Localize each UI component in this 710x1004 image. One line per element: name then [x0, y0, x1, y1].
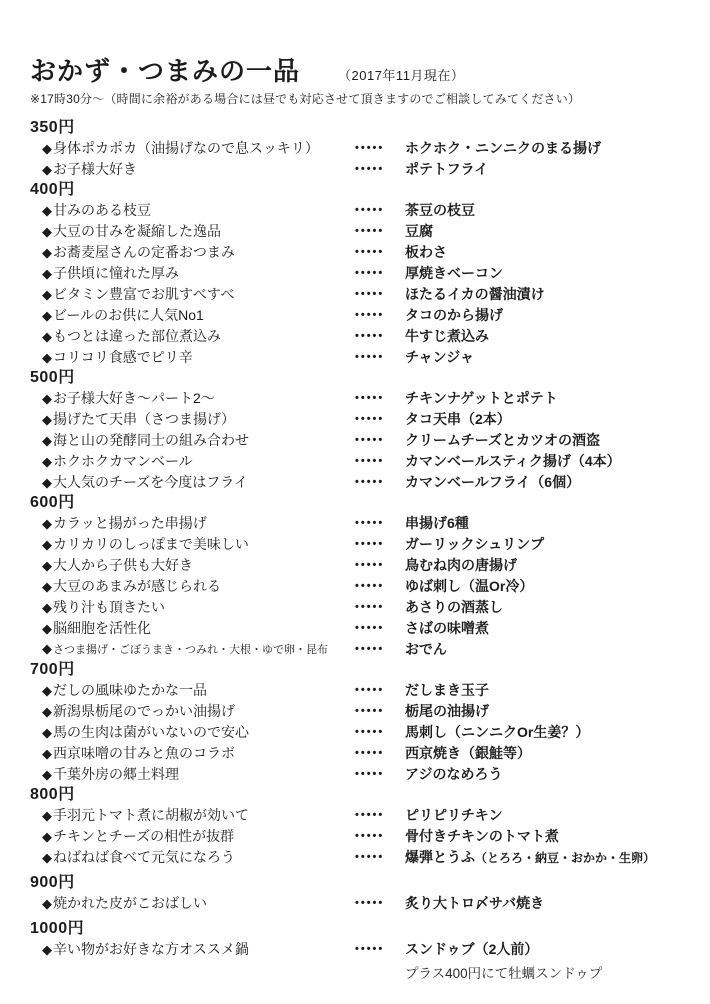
menu-item-row: ◆身体ポカポカ（油揚げなので息スッキリ） ••••• ホクホク・ニンニクのまる揚…	[30, 138, 692, 159]
item-description: もつとは違った部位煮込み	[53, 328, 221, 344]
item-name: 茶豆の枝豆	[405, 200, 692, 221]
price-header: 800円	[30, 785, 692, 805]
menu-list: 350円 ◆身体ポカポカ（油揚げなので息スッキリ） ••••• ホクホク・ニンニ…	[30, 118, 692, 984]
item-description: 甘みのある枝豆	[53, 202, 151, 218]
menu-item-row: ◆揚げたて天串（さつま揚げ） ••••• タコ天串（2本）	[30, 409, 692, 430]
section-900yen: 900円 ◆焼かれた皮がこおばしい ••••• 炙り大トロ〆サバ焼き	[30, 873, 692, 914]
item-name: ほたるイカの醤油漬け	[405, 284, 692, 305]
item-description: 手羽元トマト煮に胡椒が効いて	[53, 807, 249, 823]
price-header: 900円	[30, 873, 692, 893]
menu-item-row: ◆焼かれた皮がこおばしい ••••• 炙り大トロ〆サバ焼き	[30, 893, 692, 914]
item-name: あさりの酒蒸し	[405, 597, 692, 618]
dots-separator: •••••	[355, 555, 405, 576]
diamond-bullet-icon: ◆	[42, 704, 52, 719]
section-350yen: 350円 ◆身体ポカポカ（油揚げなので息スッキリ） ••••• ホクホク・ニンニ…	[30, 118, 692, 180]
diamond-bullet-icon: ◆	[42, 329, 52, 344]
item-extra-note: プラス400円にて牡蠣スンドゥプ	[405, 964, 692, 984]
dots-separator: •••••	[355, 388, 405, 409]
menu-item-row: ◆ビタミン豊富でお肌すべすべ ••••• ほたるイカの醤油漬け	[30, 284, 692, 305]
item-description: 焼かれた皮がこおばしい	[53, 895, 207, 911]
menu-item-row: ◆千葉外房の郷土料理 ••••• アジのなめろう	[30, 764, 692, 785]
item-description: 大人から子供も大好き	[53, 557, 193, 573]
item-description: 千葉外房の郷土料理	[53, 766, 179, 782]
menu-item-row: ◆お子様大好き～パート2～ ••••• チキンナゲットとポテト	[30, 388, 692, 409]
item-name: 串揚げ6種	[405, 513, 692, 534]
section-1000yen: 1000円 ◆辛い物がお好きな方オススメ鍋 ••••• スンドゥブ（2人前） プ…	[30, 919, 692, 984]
item-description: チキンとチーズの相性が抜群	[53, 828, 234, 844]
item-name: ピリピリチキン	[405, 805, 692, 826]
menu-item-row: ◆だしの風味ゆたかな一品 ••••• だしまき玉子	[30, 680, 692, 701]
menu-item-row: ◆辛い物がお好きな方オススメ鍋 ••••• スンドゥブ（2人前）	[30, 939, 692, 960]
dots-separator: •••••	[355, 576, 405, 597]
menu-item-row: ◆子供頃に憧れた厚み ••••• 厚焼きベーコン	[30, 263, 692, 284]
item-description: 子供頃に憧れた厚み	[53, 265, 179, 281]
diamond-bullet-icon: ◆	[42, 203, 52, 218]
item-name: ゆば刺し（温Or冷）	[405, 576, 692, 597]
dots-separator: •••••	[355, 513, 405, 534]
dots-separator: •••••	[355, 893, 405, 914]
item-description: お子様大好き～パート2～	[53, 390, 215, 406]
item-name: だしまき玉子	[405, 680, 692, 701]
dots-separator: •••••	[355, 221, 405, 242]
diamond-bullet-icon: ◆	[42, 162, 52, 177]
diamond-bullet-icon: ◆	[42, 412, 52, 427]
item-name: チキンナゲットとポテト	[405, 388, 692, 409]
date-note: （2017年11月現在）	[338, 59, 464, 84]
dots-separator: •••••	[355, 263, 405, 284]
item-description: 海と山の発酵同士の組み合わせ	[53, 432, 249, 448]
dots-separator: •••••	[355, 805, 405, 826]
dots-separator: •••••	[355, 743, 405, 764]
diamond-bullet-icon: ◆	[42, 245, 52, 260]
diamond-bullet-icon: ◆	[42, 141, 52, 156]
item-name: 骨付きチキンのトマト煮	[405, 826, 692, 847]
menu-item-row: ◆手羽元トマト煮に胡椒が効いて ••••• ピリピリチキン	[30, 805, 692, 826]
menu-item-row: ◆西京味噌の甘みと魚のコラボ ••••• 西京焼き（銀鮭等）	[30, 743, 692, 764]
diamond-bullet-icon: ◆	[42, 829, 52, 844]
dots-separator: •••••	[355, 701, 405, 722]
diamond-bullet-icon: ◆	[42, 308, 52, 323]
item-description: ホクホクカマンベール	[53, 453, 193, 469]
menu-item-row: ◆ねばねば食べて元気になろう ••••• 爆弾とうふ（とろろ・納豆・おかか・生卵…	[30, 847, 692, 868]
diamond-bullet-icon: ◆	[42, 641, 52, 656]
dots-separator: •••••	[355, 200, 405, 221]
diamond-bullet-icon: ◆	[42, 391, 52, 406]
diamond-bullet-icon: ◆	[42, 896, 52, 911]
menu-item-row: ◆カラッと揚がった串揚げ ••••• 串揚げ6種	[30, 513, 692, 534]
item-name: さばの味噌煮	[405, 618, 692, 639]
diamond-bullet-icon: ◆	[42, 746, 52, 761]
menu-item-row: ◆大人気のチーズを今度はフライ ••••• カマンベールフライ（6個）	[30, 472, 692, 493]
dots-separator: •••••	[355, 159, 405, 180]
diamond-bullet-icon: ◆	[42, 537, 52, 552]
item-name: アジのなめろう	[405, 764, 692, 785]
dots-separator: •••••	[355, 409, 405, 430]
price-header: 350円	[30, 118, 692, 138]
menu-item-row: ◆脳細胞を活性化 ••••• さばの味噌煮	[30, 618, 692, 639]
dots-separator: •••••	[355, 847, 405, 868]
item-description: 残り汁も頂きたい	[53, 599, 165, 615]
item-description: 脳細胞を活性化	[53, 620, 151, 636]
menu-item-row: ◆残り汁も頂きたい ••••• あさりの酒蒸し	[30, 597, 692, 618]
dots-separator: •••••	[355, 826, 405, 847]
item-name: カマンベールフライ（6個）	[405, 472, 692, 493]
item-description: さつま揚げ・ごぼうまき・つみれ・大根・ゆで卵・昆布	[53, 644, 328, 656]
dots-separator: •••••	[355, 326, 405, 347]
item-name: 栃尾の油揚げ	[405, 701, 692, 722]
menu-item-row: ◆馬の生肉は菌がいないので安心 ••••• 馬刺し（ニンニクOr生姜？）	[30, 722, 692, 743]
dots-separator: •••••	[355, 722, 405, 743]
item-description: お子様大好き	[53, 161, 137, 177]
diamond-bullet-icon: ◆	[42, 350, 52, 365]
diamond-bullet-icon: ◆	[42, 621, 52, 636]
diamond-bullet-icon: ◆	[42, 475, 52, 490]
menu-item-row: ◆大豆のあまみが感じられる ••••• ゆば刺し（温Or冷）	[30, 576, 692, 597]
diamond-bullet-icon: ◆	[42, 850, 52, 865]
dots-separator: •••••	[355, 680, 405, 701]
menu-item-row: ◆お蕎麦屋さんの定番おつまみ ••••• 板わさ	[30, 242, 692, 263]
menu-item-row: ◆コリコリ食感でピリ辛 ••••• チャンジャ	[30, 347, 692, 368]
diamond-bullet-icon: ◆	[42, 516, 52, 531]
price-header: 500円	[30, 368, 692, 388]
dots-separator: •••••	[355, 597, 405, 618]
item-name: チャンジャ	[405, 347, 692, 368]
dots-separator: •••••	[355, 534, 405, 555]
price-header: 400円	[30, 180, 692, 200]
diamond-bullet-icon: ◆	[42, 767, 52, 782]
diamond-bullet-icon: ◆	[42, 942, 52, 957]
dots-separator: •••••	[355, 138, 405, 159]
item-description: ビールのお供に人気No1	[53, 307, 204, 323]
item-name: タコ天串（2本）	[405, 409, 692, 430]
menu-item-row: ◆チキンとチーズの相性が抜群 ••••• 骨付きチキンのトマト煮	[30, 826, 692, 847]
item-description: 新潟県栃尾のでっかい油揚げ	[53, 703, 235, 719]
item-name: 西京焼き（銀鮭等）	[405, 743, 692, 764]
item-name: 鳥むね肉の唐揚げ	[405, 555, 692, 576]
item-name: 爆弾とうふ	[405, 849, 475, 865]
dots-separator: •••••	[355, 305, 405, 326]
item-name: ポテトフライ	[405, 159, 692, 180]
dots-separator: •••••	[355, 451, 405, 472]
diamond-bullet-icon: ◆	[42, 224, 52, 239]
item-description: コリコリ食感でピリ辛	[53, 349, 193, 365]
item-name: クリームチーズとカツオの酒盗	[405, 430, 692, 451]
dots-separator: •••••	[355, 618, 405, 639]
item-description: カラッと揚がった串揚げ	[53, 515, 207, 531]
section-600yen: 600円 ◆カラッと揚がった串揚げ ••••• 串揚げ6種 ◆カリカリのしっぽま…	[30, 493, 692, 660]
diamond-bullet-icon: ◆	[42, 808, 52, 823]
item-description: ビタミン豊富でお肌すべすべ	[53, 286, 234, 302]
diamond-bullet-icon: ◆	[42, 725, 52, 740]
item-name: 炙り大トロ〆サバ焼き	[405, 893, 692, 914]
section-500yen: 500円 ◆お子様大好き～パート2～ ••••• チキンナゲットとポテト ◆揚げ…	[30, 368, 692, 493]
item-name: スンドゥブ（2人前）	[405, 939, 692, 960]
item-name: 馬刺し（ニンニクOr生姜？）	[405, 722, 692, 743]
dots-separator: •••••	[355, 639, 405, 660]
section-800yen: 800円 ◆手羽元トマト煮に胡椒が効いて ••••• ピリピリチキン ◆チキンと…	[30, 785, 692, 868]
dots-separator: •••••	[355, 430, 405, 451]
hours-note: ※17時30分～（時間に余裕がある場合には昼でも対応させて頂きますのでご相談して…	[30, 90, 692, 107]
item-name-note: （とろろ・納豆・おかか・生卵）	[475, 851, 655, 865]
item-description: 揚げたて天串（さつま揚げ）	[53, 411, 235, 427]
dots-separator: •••••	[355, 764, 405, 785]
menu-item-row: ◆カリカリのしっぽまで美味しい ••••• ガーリックシュリンプ	[30, 534, 692, 555]
diamond-bullet-icon: ◆	[42, 287, 52, 302]
menu-item-row: ◆甘みのある枝豆 ••••• 茶豆の枝豆	[30, 200, 692, 221]
item-description: だしの風味ゆたかな一品	[53, 682, 207, 698]
diamond-bullet-icon: ◆	[42, 683, 52, 698]
menu-item-row: ◆お子様大好き ••••• ポテトフライ	[30, 159, 692, 180]
menu-item-row: ◆新潟県栃尾のでっかい油揚げ ••••• 栃尾の油揚げ	[30, 701, 692, 722]
diamond-bullet-icon: ◆	[42, 433, 52, 448]
item-description: お蕎麦屋さんの定番おつまみ	[53, 244, 235, 260]
page-title: おかず・つまみの一品	[30, 56, 300, 86]
item-description: 大人気のチーズを今度はフライ	[53, 474, 248, 490]
price-header: 1000円	[30, 919, 692, 939]
dots-separator: •••••	[355, 347, 405, 368]
header: おかず・つまみの一品 （2017年11月現在）	[30, 56, 692, 86]
section-700yen: 700円 ◆だしの風味ゆたかな一品 ••••• だしまき玉子 ◆新潟県栃尾のでっ…	[30, 660, 692, 785]
item-description: 身体ポカポカ（油揚げなので息スッキリ）	[53, 140, 319, 156]
price-header: 700円	[30, 660, 692, 680]
dots-separator: •••••	[355, 284, 405, 305]
item-description: 馬の生肉は菌がいないので安心	[53, 724, 249, 740]
item-name: カマンベールスティク揚げ（4本）	[405, 451, 692, 472]
menu-item-row: ◆大豆の甘みを凝縮した逸品 ••••• 豆腐	[30, 221, 692, 242]
item-name: ホクホク・ニンニクのまる揚げ	[405, 138, 692, 159]
menu-item-row: ◆もつとは違った部位煮込み ••••• 牛すじ煮込み	[30, 326, 692, 347]
item-name: タコのから揚げ	[405, 305, 692, 326]
diamond-bullet-icon: ◆	[42, 266, 52, 281]
item-description: ねばねば食べて元気になろう	[53, 849, 235, 865]
item-name: 豆腐	[405, 221, 692, 242]
item-description: カリカリのしっぽまで美味しい	[53, 536, 249, 552]
item-name: おでん	[405, 639, 692, 660]
item-description: 大豆の甘みを凝縮した逸品	[53, 223, 221, 239]
price-header: 600円	[30, 493, 692, 513]
dots-separator: •••••	[355, 242, 405, 263]
diamond-bullet-icon: ◆	[42, 558, 52, 573]
menu-item-note-row: プラス400円にて牡蠣スンドゥプ	[30, 964, 692, 984]
menu-item-row: ◆さつま揚げ・ごぼうまき・つみれ・大根・ゆで卵・昆布 ••••• おでん	[30, 639, 692, 660]
item-description: 辛い物がお好きな方オススメ鍋	[53, 941, 249, 957]
menu-document: おかず・つまみの一品 （2017年11月現在） ※17時30分～（時間に余裕があ…	[0, 0, 710, 1004]
menu-item-row: ◆ビールのお供に人気No1 ••••• タコのから揚げ	[30, 305, 692, 326]
item-name: 厚焼きベーコン	[405, 263, 692, 284]
item-name: 牛すじ煮込み	[405, 326, 692, 347]
diamond-bullet-icon: ◆	[42, 579, 52, 594]
diamond-bullet-icon: ◆	[42, 600, 52, 615]
menu-item-row: ◆ホクホクカマンベール ••••• カマンベールスティク揚げ（4本）	[30, 451, 692, 472]
dots-separator: •••••	[355, 939, 405, 960]
menu-item-row: ◆大人から子供も大好き ••••• 鳥むね肉の唐揚げ	[30, 555, 692, 576]
diamond-bullet-icon: ◆	[42, 454, 52, 469]
item-name: ガーリックシュリンプ	[405, 534, 692, 555]
item-name: 板わさ	[405, 242, 692, 263]
section-400yen: 400円 ◆甘みのある枝豆 ••••• 茶豆の枝豆 ◆大豆の甘みを凝縮した逸品 …	[30, 180, 692, 368]
item-description: 大豆のあまみが感じられる	[53, 578, 221, 594]
item-description: 西京味噌の甘みと魚のコラボ	[53, 745, 235, 761]
menu-item-row: ◆海と山の発酵同士の組み合わせ ••••• クリームチーズとカツオの酒盗	[30, 430, 692, 451]
dots-separator: •••••	[355, 472, 405, 493]
